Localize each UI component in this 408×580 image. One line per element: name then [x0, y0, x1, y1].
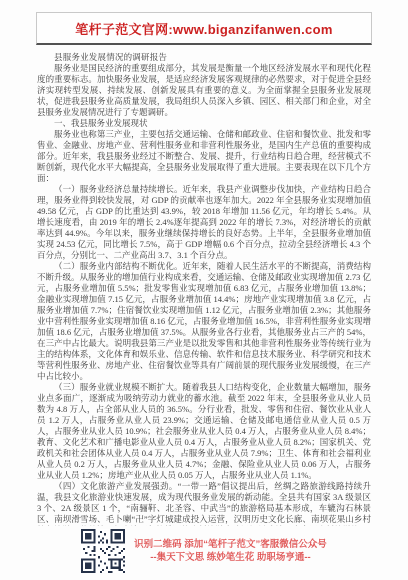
paragraph-economic-growth: （一）服务业经济总量持续增长。近年来，我县产业调整步伐加快，产业结构日趋合理，服…	[37, 184, 371, 261]
document-page: 笔杆子范文官网:www.biganzifanwen.com 县服务业发展情况的调…	[0, 0, 408, 580]
document-title: 县服务业发展情况的调研报告	[37, 52, 371, 63]
paragraph-overview: 服务业也称第三产业，主要包括交通运输、仓储和邮政业、住宿和餐饮业、批发和零售业、…	[37, 129, 371, 184]
site-title: 笔杆子范文官网:www.biganzifanwen.com	[37, 13, 371, 43]
paragraph-intro: 服务业是国民经济的重要组成部分，其发展是衡量一个地区经济发展水平和现代化程度的重…	[37, 63, 371, 118]
qr-code-icon	[81, 529, 125, 573]
footer-line-2: --集天下文思 练妙笔生花 助职场亨通--	[134, 551, 327, 564]
site-header: 笔杆子范文官网:www.biganzifanwen.com	[36, 12, 372, 45]
section-heading-current-status: 一、我县服务业发展现状	[37, 118, 371, 129]
document-body: 县服务业发展情况的调研报告 服务业是国民经济的重要组成部分，其发展是衡量一个地区…	[37, 52, 371, 526]
footer-line-1: 识别二维码 添加“笔杆子范文”客服微信公众号	[134, 538, 327, 551]
paragraph-internal-structure: （二）服务业内部结构不断优化。近年来，随着人民生活水平的不断提高，消费结构不断升…	[37, 261, 371, 382]
site-footer: 识别二维码 添加“笔杆子范文”客服微信公众号 --集天下文思 练妙笔生花 助职场…	[0, 529, 408, 573]
paragraph-culture-tourism: （四）文化旅游产业发展强劲。“一带一路”倡议提出后，丝绸之路旅游线路持续升温，我…	[37, 481, 371, 526]
footer-slogan: 识别二维码 添加“笔杆子范文”客服微信公众号 --集天下文思 练妙笔生花 助职场…	[134, 538, 327, 564]
paragraph-employment: （三）服务业就业规模不断扩大。随着我县人口结构变化，企业数量大幅增加，服务业点多…	[37, 382, 371, 481]
